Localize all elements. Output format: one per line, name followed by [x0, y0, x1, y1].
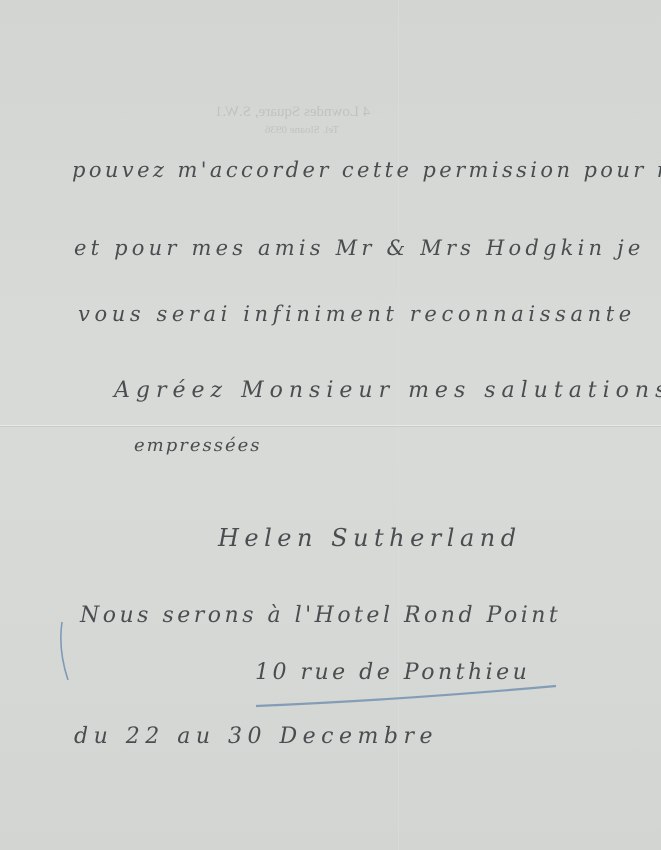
postscript-dates: du 22 au 30 Decembre [74, 724, 438, 749]
blue-pencil-marks [0, 0, 661, 850]
letter-page: 4 Lowndes Square, S.W.1 Tel. Sloane 0936… [0, 0, 661, 850]
postscript-address: 10 rue de Ponthieu [255, 660, 530, 685]
postscript-line-1: Nous serons à l'Hotel Rond Point [80, 603, 561, 628]
